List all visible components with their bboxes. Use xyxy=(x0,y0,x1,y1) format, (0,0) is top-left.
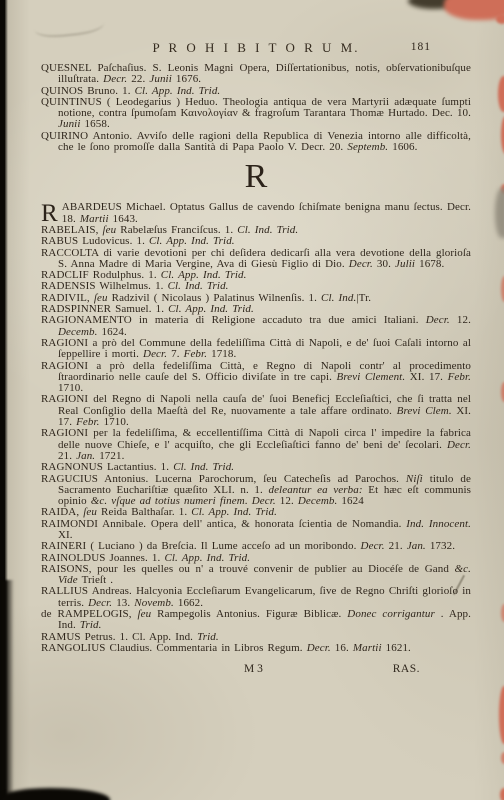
entry-text-italic: Trid. xyxy=(197,631,219,643)
entry-text: Rabelæſus Franciſcus. 1. xyxy=(116,224,237,236)
entry-text-italic: Decr. xyxy=(143,348,167,360)
section-letter-heading: R xyxy=(41,160,471,194)
entry-text: XI. 17. xyxy=(405,371,447,383)
entry-text-italic: Cl. App. Ind. Trid. xyxy=(164,552,250,564)
red-stain xyxy=(499,686,504,744)
index-entry: QUINTINUS ( Leodegarius ) Heduo. Theolog… xyxy=(41,97,471,131)
index-entry: RALLIUS Andreas. Halcyonia Eccleſiarum E… xyxy=(41,586,471,609)
entry-text: |Tr. xyxy=(356,292,371,304)
q-entries-list: QUESNEL Paſchaſius. S. Leonis Magni Oper… xyxy=(41,63,471,153)
index-entry: RAGIONI per la fedeliſſima, & eccellenti… xyxy=(41,428,471,462)
entry-text-italic: Febr. xyxy=(76,416,99,428)
entry-text-italic: Cl. App. Ind. Trid. xyxy=(168,303,254,315)
entry-text: RAGUCIUS Antonius. Lucerna Parochorum, ſ… xyxy=(41,473,406,485)
entry-text: RADENSIS Wilhelmus. 1. xyxy=(41,280,168,292)
index-entry: RAGIONI del Regno di Napoli nella cauſa … xyxy=(41,394,471,428)
r-entries-list: RABARDEUS Michael. Optatus Gallus de cav… xyxy=(41,202,471,654)
entry-text-italic: ſeu xyxy=(138,608,152,620)
index-entry: RAGIONAMENTO in materia di Religione acc… xyxy=(41,315,471,338)
entry-text-italic: deleantur ea verba: xyxy=(268,484,362,496)
entry-text-italic: Brevi Clem. xyxy=(397,405,452,417)
entry-text-italic: Jan. xyxy=(407,540,426,552)
red-stain xyxy=(496,14,504,24)
entry-text: RANGOLIUS Claudius. Commentaria in Libro… xyxy=(41,642,307,654)
entry-text-italic: Novemb. xyxy=(134,597,174,609)
entry-text: 1624 xyxy=(337,495,363,507)
colophon-line: M 3 RAS. xyxy=(41,663,471,677)
index-entry: RACCOLTA di varie devotioni per chi deſi… xyxy=(41,248,471,271)
entry-text-italic: Cl. Ind. Trid. xyxy=(237,224,298,236)
entry-text: RAIMONDI Annibale. Opera dell' antica, &… xyxy=(41,518,406,530)
entry-text-italic: Cl. Ind. Trid. xyxy=(173,461,234,473)
index-entry: RAGIONI a prò del Commune della fedeliſſ… xyxy=(41,338,471,361)
entry-text: RAGIONAMENTO in materia di Religione acc… xyxy=(41,314,426,326)
entry-text: XI. xyxy=(58,529,73,541)
signature-mark: M 3 xyxy=(244,663,263,675)
entry-text: RABELAIS, xyxy=(41,224,102,236)
entry-text-italic: Junii xyxy=(149,73,172,85)
entry-text-italic: Cl. App. Ind. Trid. xyxy=(149,235,235,247)
entry-text: 1721. xyxy=(95,450,124,462)
entry-text: 16. xyxy=(331,642,353,654)
red-stain xyxy=(500,788,504,800)
entry-text: 12. xyxy=(276,495,298,507)
entry-text: RAGIONI per la fedeliſſima, & eccellenti… xyxy=(41,427,471,450)
entry-text-italic: Cl. App. Ind. Trid. xyxy=(161,269,247,281)
entry-text: 1678. xyxy=(415,258,444,270)
entry-text: 21. xyxy=(58,450,76,462)
gutter-shadow-lower xyxy=(0,580,14,800)
entry-text-italic: Septemb. xyxy=(347,141,388,153)
index-entry: QUESNEL Paſchaſius. S. Leonis Magni Oper… xyxy=(41,63,471,86)
entry-text: 1624. xyxy=(98,326,127,338)
entry-text: 13. xyxy=(112,597,134,609)
entry-text-italic: Ind. Innocent. xyxy=(406,518,471,530)
index-entry: RABARDEUS Michael. Optatus Gallus de cav… xyxy=(41,202,471,225)
gray-smudge xyxy=(495,188,504,238)
index-entry: RAISONS, pour les quelles ou n' a trouvé… xyxy=(41,564,471,587)
entry-text-italic: Decr. xyxy=(252,495,276,507)
entry-text-italic: Brevi Clement. xyxy=(337,371,406,383)
entry-text: RAISONS, pour les quelles ou n' a trouvé… xyxy=(41,563,455,575)
entry-text: Trieſt . xyxy=(78,574,113,586)
entry-text: 21. xyxy=(385,540,407,552)
entry-text-italic: Jan. xyxy=(76,450,95,462)
entry-text: RAGIONI a prò del Commune della fedeliſſ… xyxy=(41,337,471,360)
index-entry: RAGUCIUS Antonius. Lucerna Parochorum, ſ… xyxy=(41,474,471,508)
entry-text: RADSPINNER Samuel. 1. xyxy=(41,303,168,315)
entry-text-italic: Cl. App. Ind. Trid. xyxy=(135,85,221,97)
entry-text-italic: Niſi xyxy=(406,473,423,485)
entry-text: RAMUS Petrus. 1. Cl. App. Ind. xyxy=(41,631,197,643)
index-entry: RAGIONI a prò della fedeliſſima Città, e… xyxy=(41,361,471,395)
entry-text: 1732. xyxy=(426,540,455,552)
entry-text-italic: Martii xyxy=(353,642,382,654)
entry-text-italic: Cl. Ind. xyxy=(321,292,356,304)
entry-text: 1643. xyxy=(109,213,138,225)
catchword: RAS. xyxy=(393,663,420,675)
running-head: P R O H I B I T O R U M. 181 xyxy=(41,40,471,60)
entry-text: QUINTINUS ( Leodegarius ) Heduo. Theolog… xyxy=(41,96,471,119)
entry-text: QUINOS Bruno. 1. xyxy=(41,85,135,97)
entry-text: 30. xyxy=(373,258,395,270)
entry-text-italic: Decemb. xyxy=(58,326,98,338)
entry-text-italic: Decr. xyxy=(88,597,112,609)
entry-text: 1676. xyxy=(172,73,201,85)
entry-text: 1662. xyxy=(174,597,203,609)
entry-text: RAIDA, xyxy=(41,506,83,518)
printed-text-block: P R O H I B I T O R U M. 181 QUESNEL Paſ… xyxy=(41,40,471,677)
entry-text-italic: Febr. xyxy=(184,348,207,360)
entry-text-italic: ſeu xyxy=(94,292,108,304)
page-number: 181 xyxy=(411,41,431,53)
entry-text-italic: Junii xyxy=(58,118,81,130)
entry-text: RAGNONUS Lactantius. 1. xyxy=(41,461,173,473)
entry-text-italic: Martii xyxy=(80,213,109,225)
entry-text-italic: Decr. xyxy=(349,258,373,270)
entry-text-italic: Trid. xyxy=(80,619,102,631)
entry-text: 1710. xyxy=(100,416,129,428)
entry-text: 1718. xyxy=(207,348,236,360)
entry-text-italic: ſeu xyxy=(102,224,116,236)
entry-text: 1621. xyxy=(382,642,411,654)
entry-text-italic: Decr. xyxy=(447,439,471,451)
index-entry: de RAMPELOGIS, ſeu Rampegolis Antonius. … xyxy=(41,609,471,632)
entry-text: RAINOLDUS Joannes. 1. xyxy=(41,552,164,564)
running-title: P R O H I B I T O R U M. xyxy=(41,40,471,56)
entry-text: RADCLIF Rodulphus. 1. xyxy=(41,269,161,281)
entry-text: RAINERI ( Luciano ) da Breſcia. Il Lume … xyxy=(41,540,361,552)
entry-text-italic: Decr. xyxy=(361,540,385,552)
entry-text-italic: Cl. Ind. Trid. xyxy=(168,280,229,292)
entry-text: . xyxy=(245,495,252,507)
entry-text: 1710. xyxy=(58,382,83,394)
entry-text: RADIVIL, xyxy=(41,292,94,304)
book-page-scan: P R O H I B I T O R U M. 181 QUESNEL Paſ… xyxy=(0,0,504,800)
entry-text-italic: Decr. xyxy=(103,73,127,85)
entry-text: 7. xyxy=(167,348,184,360)
entry-text-italic: &c. vſque ad totius numeri finem xyxy=(91,495,245,507)
entry-text: RABUS Ludovicus. 1. xyxy=(41,235,149,247)
entry-text-italic: Decr. xyxy=(307,642,331,654)
entry-text: 22. xyxy=(127,73,149,85)
entry-text: 1606. xyxy=(388,141,417,153)
index-entry: QUIRINO Antonio. Avviſo delle ragioni de… xyxy=(41,131,471,154)
index-entry: RANGOLIUS Claudius. Commentaria in Libro… xyxy=(41,643,471,654)
entry-text-italic: Decr. xyxy=(426,314,450,326)
drop-cap-letter: R xyxy=(41,202,62,223)
entry-text: Radzivil ( Nicolaus ) Palatinus Wilnenſi… xyxy=(108,292,321,304)
entry-text-italic: Julii xyxy=(395,258,415,270)
entry-text: 1658. xyxy=(81,118,110,130)
red-stain xyxy=(498,76,504,112)
entry-text: Rampegolis Antonius. Figuræ Biblicæ. xyxy=(151,608,347,620)
entry-text-italic: Cl. App. Ind. Trid. xyxy=(191,506,277,518)
entry-text: Reida Balthaſar. 1. xyxy=(97,506,191,518)
index-entry: RAIMONDI Annibale. Opera dell' antica, &… xyxy=(41,519,471,542)
entry-text-italic: Donec corrigantur xyxy=(347,608,435,620)
entry-text: de RAMPELOGIS, xyxy=(41,608,138,620)
entry-text: 12. xyxy=(450,314,471,326)
entry-text-italic: Febr. xyxy=(448,371,471,383)
entry-text-italic: Decemb. xyxy=(298,495,338,507)
entry-text-italic: ſeu xyxy=(83,506,97,518)
